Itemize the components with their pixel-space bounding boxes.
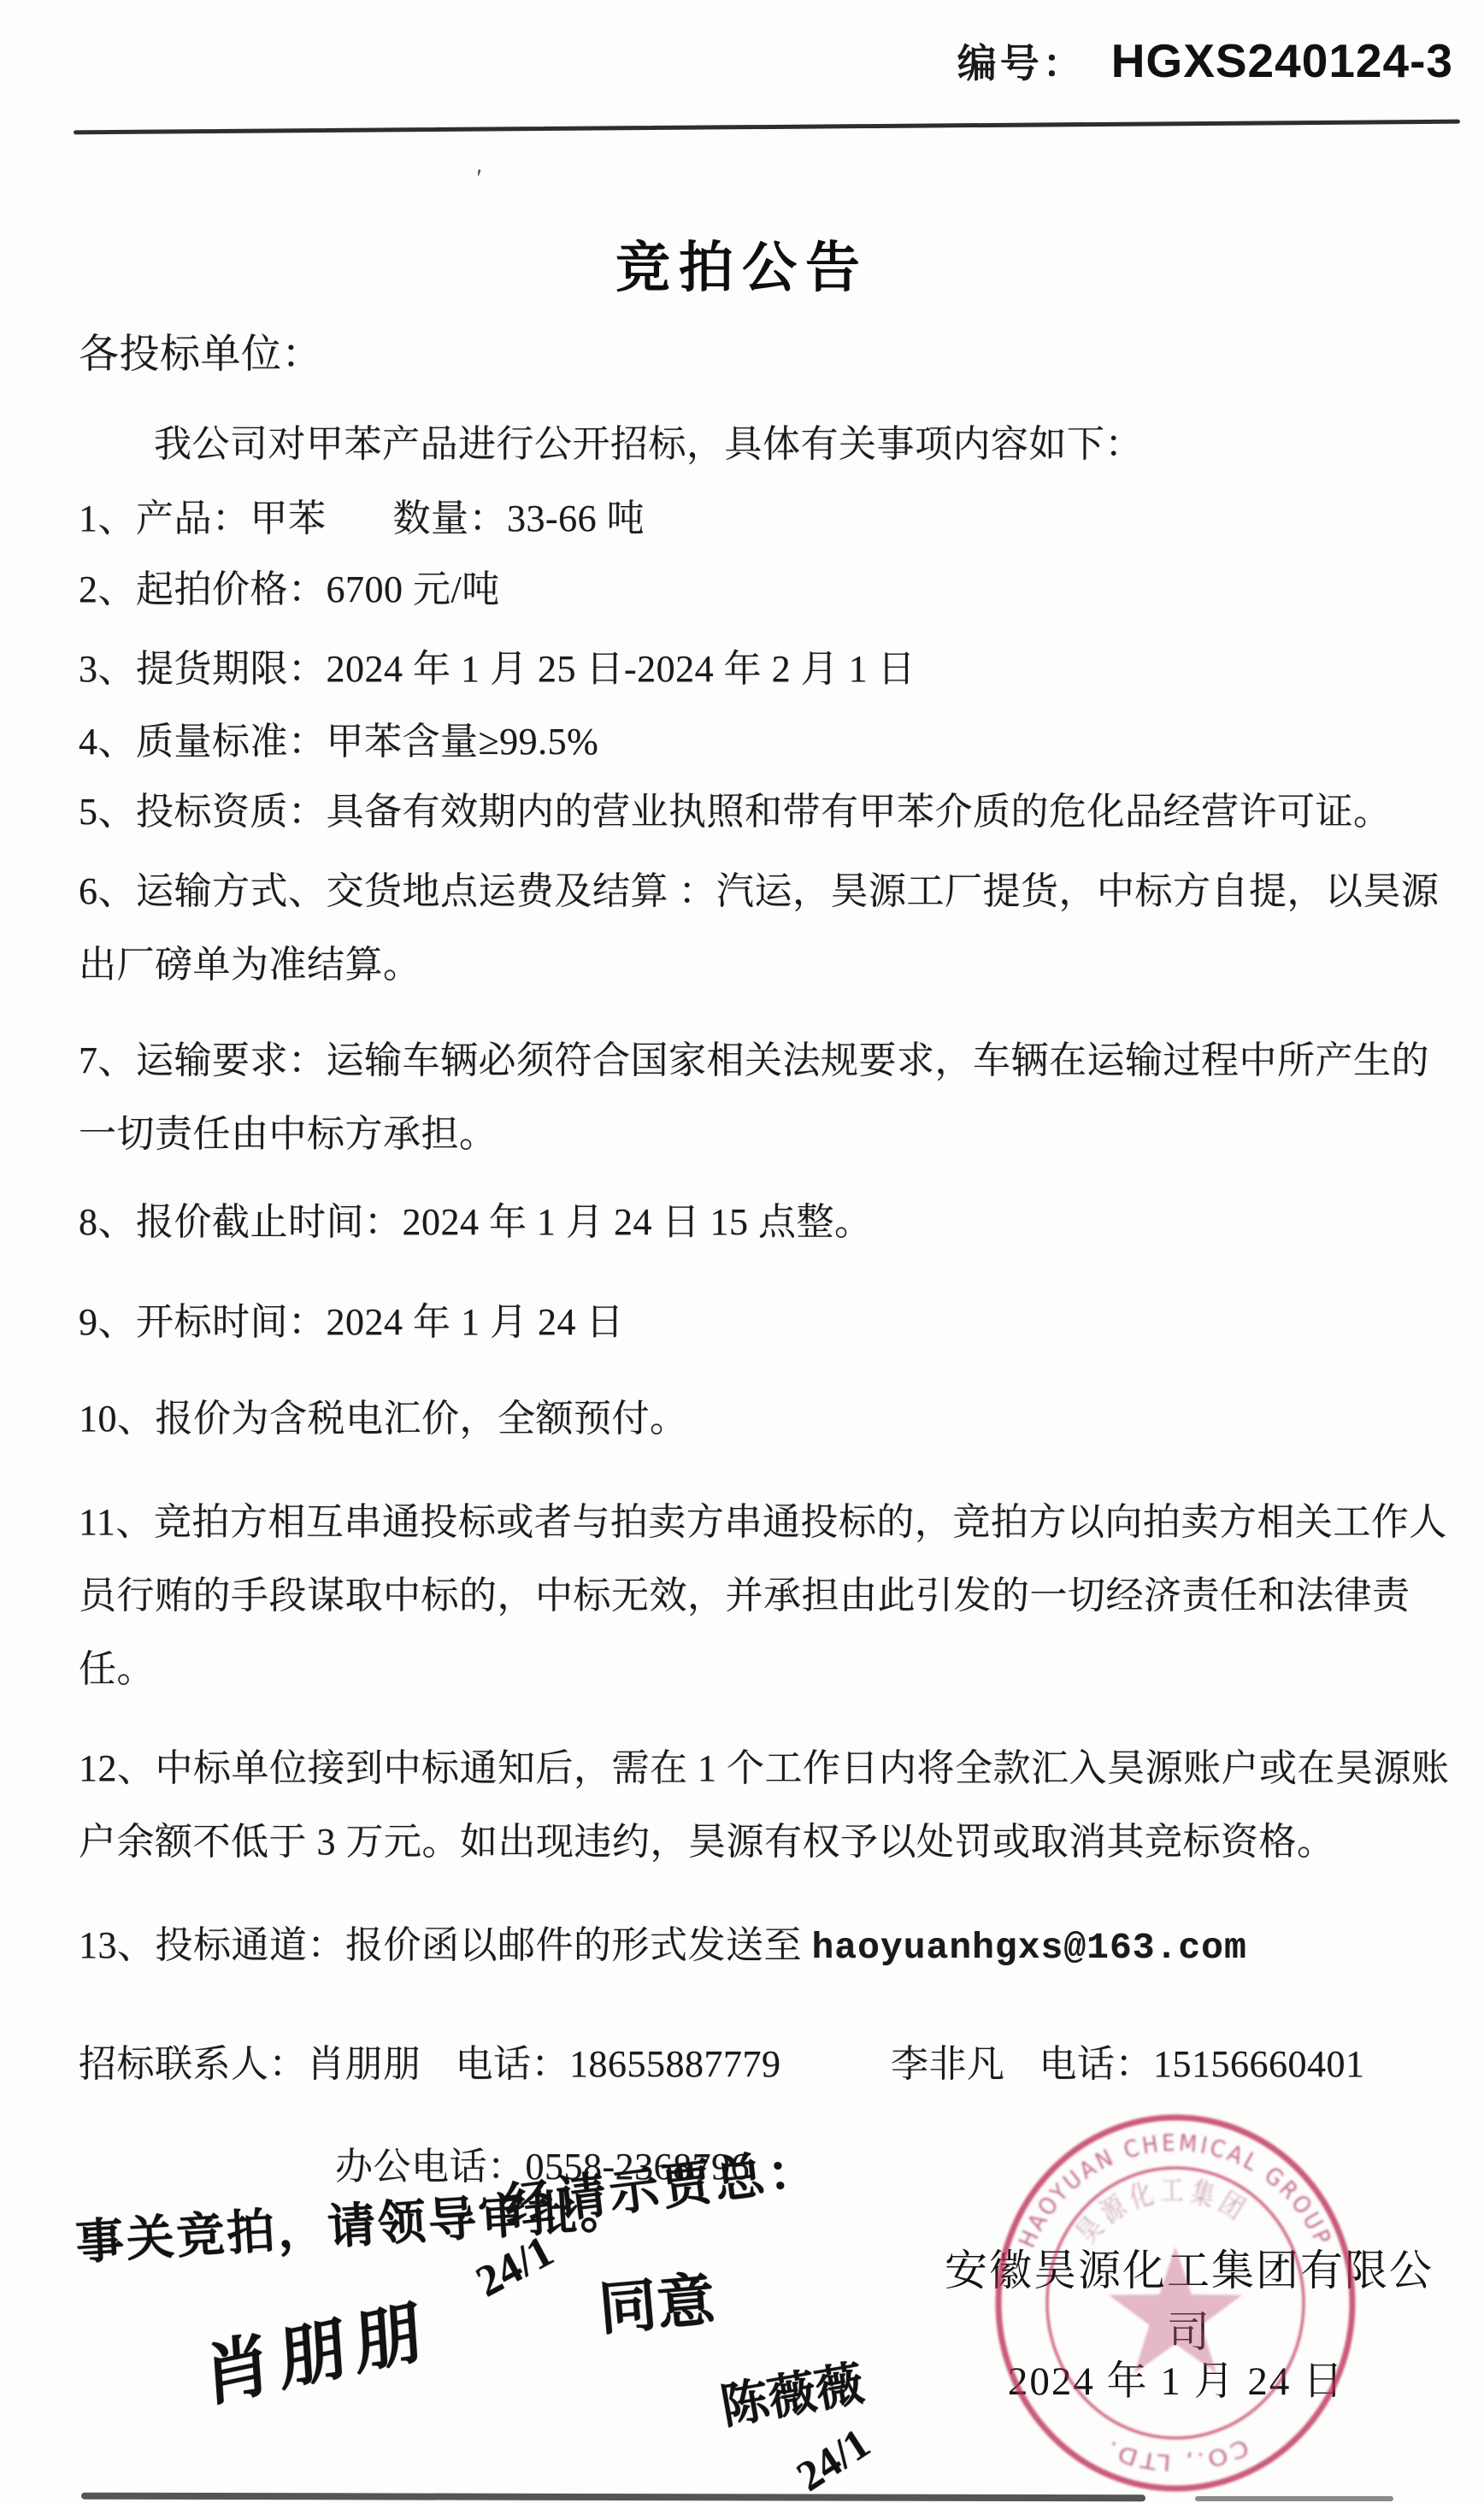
clause-11: 11、竞拍方相互串通投标或者与拍卖方串通投标的，竞拍方以向拍卖方相关工作人员行贿… [79,1486,1460,1706]
clause-3-number: 3、 [79,648,136,690]
clause-9-text: 开标时间：2024 年 1 月 24 日 [136,1301,624,1343]
document-number-value: HGXS240124-3 [1111,33,1453,88]
clause-1-text: 产品：甲苯 [136,498,327,539]
contact-phone-label-2: 电话： [1039,2043,1154,2085]
clause-12-number: 12、 [79,1747,156,1789]
clause-8: 8、报价截止时间：2024 年 1 月 24 日 15 点整。 [79,1197,1460,1248]
contact-name-1: 肖朋朋 [307,2043,421,2085]
salutation: 各投标单位： [79,329,1460,380]
clause-8-text: 报价截止时间：2024 年 1 月 24 日 15 点整。 [136,1201,873,1243]
seal-star-icon [1109,2247,1242,2373]
clause-5-text: 投标资质：具备有效期内的营业执照和带有甲苯介质的危化品经营许可证。 [136,791,1392,833]
clause-7-number: 7、 [79,1039,136,1081]
clause-2: 2、起拍价格：6700 元/吨 [79,564,1460,615]
clause-12: 12、中标单位接到中标通知后，需在 1 个工作日内将全款汇入昊源账户或在昊源账户… [79,1732,1460,1879]
handwritten-approval: 同意 [595,2253,718,2346]
clause-8-number: 8、 [79,1201,136,1243]
clause-11-number: 11、 [79,1501,154,1543]
page-title: 竞拍公告 [0,224,1484,303]
clause-11-text: 竞拍方相互串通投标或者与拍卖方串通投标的，竞拍方以向拍卖方相关工作人员行贿的手段… [79,1501,1447,1690]
clause-13: 13、投标通道：报价函以邮件的形式发送至 haoyuanhgxs@163.com [79,1920,1460,1974]
clause-1-number: 1、 [79,498,136,539]
document-number-label: 编号： [957,32,1086,89]
contact-line-left: 招标联系人：肖朋朋电话：18655887779 [79,2039,891,2090]
document-number: 编号： HGXS240124-3 [957,32,1453,89]
clause-6-number: 6、 [79,870,136,912]
bid-email: haoyuanhgxs@163.com [812,1927,1247,1969]
contact-name-2: 李非凡 [891,2043,1005,2085]
contact-phone-label-1: 电话： [456,2043,570,2085]
scan-artifact-tick: ' [473,164,483,193]
clause-3-text: 提货期限：2024 年 1 月 25 日-2024 年 2 月 1 日 [136,648,916,690]
contact-phone-1: 18655887779 [569,2043,781,2085]
handwritten-signature-left: 肖朋朋 [200,2274,433,2421]
clause-12-text: 中标单位接到中标通知后，需在 1 个工作日内将全款汇入昊源账户或在昊源账户余额不… [79,1747,1450,1863]
clause-10: 10、报价为含税电汇价，全额预付。 [79,1393,1460,1445]
clause-1: 1、产品：甲苯数量：33-66 吨 [79,493,1460,545]
clause-9-number: 9、 [79,1301,136,1343]
clause-3: 3、提货期限：2024 年 1 月 25 日-2024 年 2 月 1 日 [79,644,1460,695]
clause-6: 6、运输方式、交货地点运费及结算 ：汽运，昊源工厂提货，中标方自提，以昊源出厂磅… [79,855,1460,1002]
clause-4-number: 4、 [79,721,136,763]
clause-9: 9、开标时间：2024 年 1 月 24 日 [79,1297,1460,1348]
clause-2-number: 2、 [79,568,136,610]
clause-13-text: 投标通道：报价函以邮件的形式发送至 [156,1924,812,1966]
clause-10-text: 报价为含税电汇价，全额预付。 [156,1398,688,1440]
clause-7-text: 运输要求：运输车辆必须符合国家相关法规要求，车辆在运输过程中所产生的一切责任由中… [79,1039,1429,1155]
header-underline [74,120,1460,135]
clause-5-number: 5、 [79,791,136,833]
contact-phone-2: 15156660401 [1153,2043,1365,2085]
clause-4: 4、质量标准：甲苯含量≥99.5% [79,716,1460,768]
clause-5: 5、投标资质：具备有效期内的营业执照和带有甲苯介质的危化品经营许可证。 [79,786,1460,838]
intro-paragraph: 我公司对甲苯产品进行公开招标，具体有关事项内容如下： [79,419,1460,470]
clause-6-text: 运输方式、交货地点运费及结算 ：汽运，昊源工厂提货，中标方自提，以昊源出厂磅单为… [79,870,1440,986]
clause-4-text: 质量标准：甲苯含量≥99.5% [136,721,598,763]
scanned-document-page: 编号： HGXS240124-3 ' 竞拍公告 各投标单位： 我公司对甲苯产品进… [0,0,1484,2503]
clause-13-number: 13、 [79,1924,156,1966]
seal-arc-bottom-text: CO., LTD. [1100,2434,1252,2475]
clause-10-number: 10、 [79,1398,156,1440]
handwritten-date-middle: 24/1 [787,2418,878,2500]
contact-label: 招标联系人： [79,2043,307,2085]
company-seal-stamp: HAOYUAN CHEMICAL GROUP CO., LTD. 昊源化工集团 [983,2105,1385,2503]
contact-line-right: 李非凡电话：15156660401 [891,2039,1472,2090]
clause-1-quantity: 数量：33-66 吨 [393,498,645,539]
clause-7: 7、运输要求：运输车辆必须符合国家相关法规要求，车辆在运输过程中所产生的一切责任… [79,1024,1460,1171]
seal-inner-chinese-text: 昊源化工集团 [1071,2176,1254,2250]
clause-2-text: 起拍价格：6700 元/吨 [136,568,500,610]
